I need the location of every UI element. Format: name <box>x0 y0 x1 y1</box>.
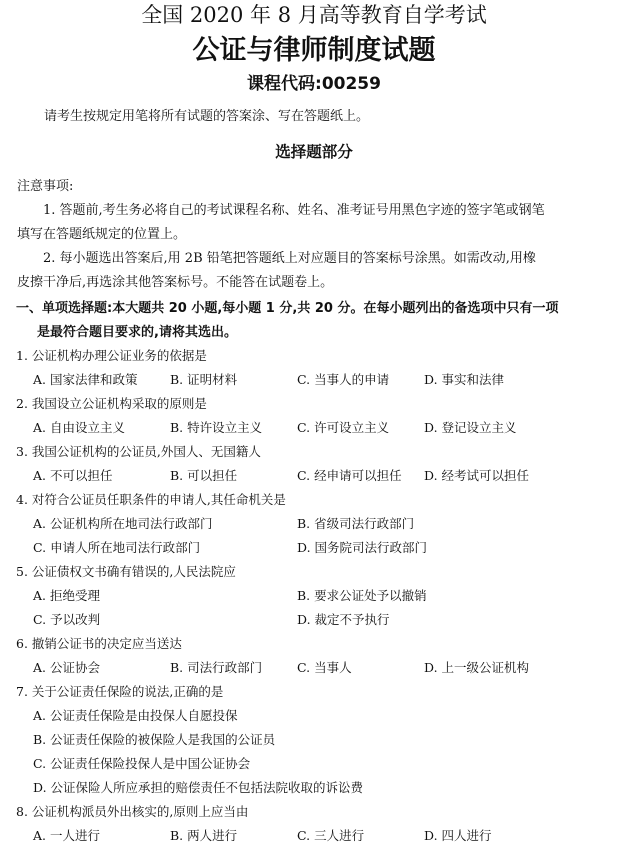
course-code: 课程代码:00259 <box>0 72 628 96</box>
question-3-option-c: C. 经申请可以担任 <box>297 467 402 485</box>
question-5-option-b: B. 要求公证处予以撤销 <box>297 587 427 605</box>
question-8-option-b: B. 两人进行 <box>170 827 237 845</box>
question-3-option-a: A. 不可以担任 <box>33 467 112 485</box>
question-6-option-a: A. 公证协会 <box>33 659 100 677</box>
question-3-option-b: B. 可以担任 <box>170 467 237 485</box>
question-8-stem: 8. 公证机构派员外出核实的,原则上应当由 <box>16 803 248 821</box>
question-5-option-a: A. 拒绝受理 <box>33 587 100 605</box>
question-4-stem: 4. 对符合公证员任职条件的申请人,其任命机关是 <box>16 491 286 509</box>
part-one-heading-cont: 是最符合题目要求的,请将其选出。 <box>37 324 237 342</box>
section-title: 选择题部分 <box>0 142 628 162</box>
question-6-option-d: D. 上一级公证机构 <box>424 659 529 677</box>
notes-heading: 注意事项: <box>17 178 73 196</box>
question-5-stem: 5. 公证债权文书确有错误的,人民法院应 <box>16 563 236 581</box>
question-7-stem: 7. 关于公证责任保险的说法,正确的是 <box>16 683 223 701</box>
answer-instruction: 请考生按规定用笔将所有试题的答案涂、写在答题纸上。 <box>44 108 369 126</box>
part-one-heading: 一、单项选择题:本大题共 20 小题,每小题 1 分,共 20 分。在每小题列出… <box>16 300 558 318</box>
question-1-option-d: D. 事实和法律 <box>424 371 504 389</box>
note-1-line-1: 1. 答题前,考生务必将自己的考试课程名称、姓名、准考证号用黑色字迹的签字笔或钢… <box>43 202 545 220</box>
question-7-option-d: D. 公证保险人所应承担的赔偿责任不包括法院收取的诉讼费 <box>33 779 363 797</box>
question-2-option-a: A. 自由设立主义 <box>33 419 125 437</box>
subject-title: 公证与律师制度试题 <box>0 34 628 68</box>
question-7-option-b: B. 公证责任保险的被保险人是我国的公证员 <box>33 731 275 749</box>
question-1-stem: 1. 公证机构办理公证业务的依据是 <box>16 347 207 365</box>
question-6-option-b: B. 司法行政部门 <box>170 659 262 677</box>
question-5-option-c: C. 予以改判 <box>33 611 100 629</box>
exam-title: 全国 2020 年 8 月高等教育自学考试 <box>0 2 628 28</box>
question-2-option-c: C. 许可设立主义 <box>297 419 389 437</box>
question-7-option-a: A. 公证责任保险是由投保人自愿投保 <box>33 707 237 725</box>
question-1-option-a: A. 国家法律和政策 <box>33 371 137 389</box>
question-2-stem: 2. 我国设立公证机构采取的原则是 <box>16 395 207 413</box>
question-6-stem: 6. 撤销公证书的决定应当送达 <box>16 635 182 653</box>
question-4-option-b: B. 省级司法行政部门 <box>297 515 414 533</box>
question-6-option-c: C. 当事人 <box>297 659 352 677</box>
question-3-stem: 3. 我国公证机构的公证员,外国人、无国籍人 <box>16 443 261 461</box>
question-4-option-a: A. 公证机构所在地司法行政部门 <box>33 515 212 533</box>
question-4-option-d: D. 国务院司法行政部门 <box>297 539 427 557</box>
question-3-option-d: D. 经考试可以担任 <box>424 467 529 485</box>
question-2-option-b: B. 特许设立主义 <box>170 419 262 437</box>
question-8-option-a: A. 一人进行 <box>33 827 100 845</box>
question-7-option-c: C. 公证责任保险投保人是中国公证协会 <box>33 755 250 773</box>
question-4-option-c: C. 申请人所在地司法行政部门 <box>33 539 200 557</box>
note-2-line-2: 皮擦干净后,再选涂其他答案标号。不能答在试题卷上。 <box>17 274 333 292</box>
note-1-line-2: 填写在答题纸规定的位置上。 <box>17 226 186 244</box>
question-8-option-c: C. 三人进行 <box>297 827 364 845</box>
question-5-option-d: D. 裁定不予执行 <box>297 611 390 629</box>
question-2-option-d: D. 登记设立主义 <box>424 419 517 437</box>
question-1-option-c: C. 当事人的申请 <box>297 371 389 389</box>
note-2-line-1: 2. 每小题选出答案后,用 2B 铅笔把答题纸上对应题目的答案标号涂黑。如需改动… <box>43 250 536 268</box>
question-8-option-d: D. 四人进行 <box>424 827 492 845</box>
question-1-option-b: B. 证明材料 <box>170 371 237 389</box>
